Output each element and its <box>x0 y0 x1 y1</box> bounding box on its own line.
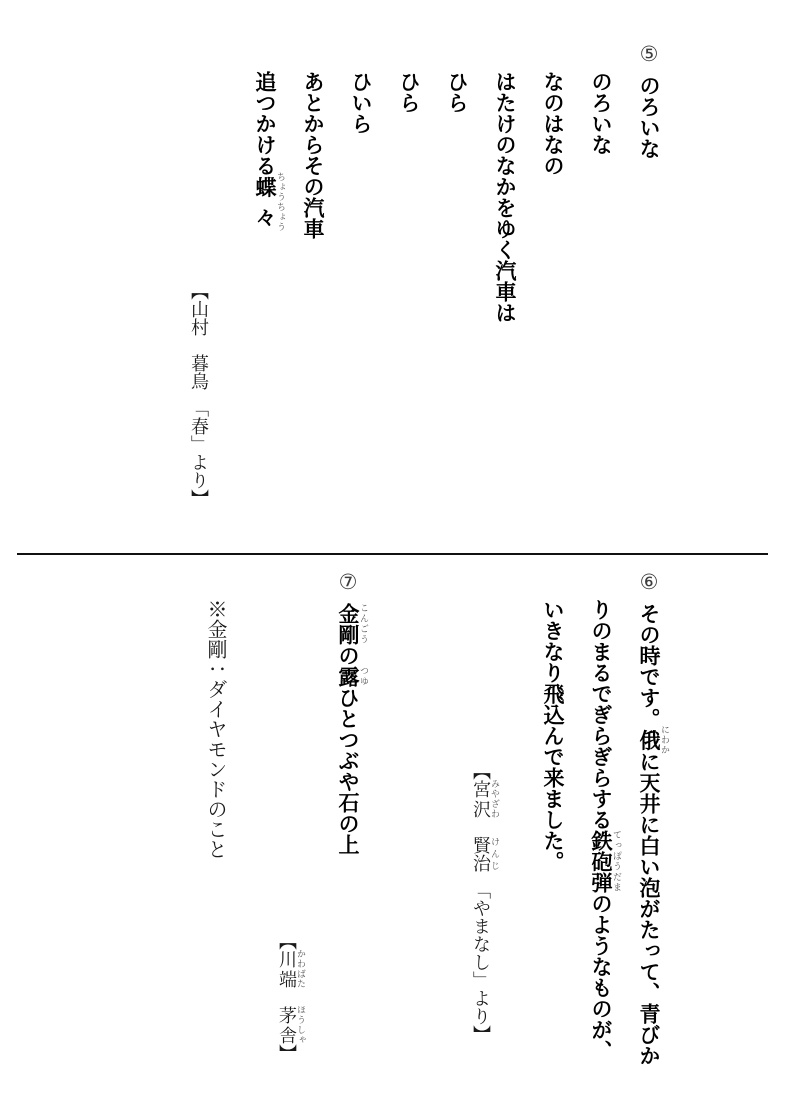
poem-7-footnote: ※金剛：ダイヤモンドのこと <box>191 570 239 1105</box>
poem-5-line-1-text: のろいな <box>637 75 661 159</box>
circled-number-7: ⑦ <box>336 570 360 603</box>
poem-6-line-1: ⑥その時です。俄にわかに天井に白い泡がたって、青びか <box>625 570 673 1105</box>
poem-7-line-1: ⑦金剛こんごうの露つゆひとつぶや石の上 <box>324 570 372 1105</box>
circled-number-6: ⑥ <box>637 570 661 603</box>
poem-6-line-2: りのまるでぎらぎらする鉄砲弾てっぽうだまのようなものが、 <box>577 570 625 1105</box>
poem-5-line-6: ひら <box>385 42 433 582</box>
poem-5-line-9: 追つかける蝶々ちょうちょう <box>241 42 289 582</box>
poem-section-7: ⑦金剛こんごうの露つゆひとつぶや石の上 【川端かわばた 茅舎ほうしゃ】 ※金剛：… <box>191 570 372 1105</box>
poem-5-line-3: なのはなの <box>529 42 577 582</box>
poem-5-line-7: ひいら <box>337 42 385 582</box>
poem-7-line-1-text: 金剛こんごうの露つゆひとつぶや石の上 <box>336 603 360 855</box>
poem-6-line-3: いきなり飛込んで来ました。 <box>529 570 577 1105</box>
poem-5-line-4: はたけのなかをゆく汽車は <box>481 42 529 582</box>
poem-5-line-1: ⑤のろいな <box>625 42 673 582</box>
poem-5-line-8: あとからその汽車 <box>289 42 337 582</box>
poem-6-attribution: 【宮沢みやざわ 賢治けんじ 「やまなし」より】 <box>457 570 505 1105</box>
worksheet-page: ⑤のろいな のろいな なのはなの はたけのなかをゆく汽車は ひら ひら ひいら … <box>0 0 785 1114</box>
section-divider-line <box>17 553 768 555</box>
poem-6-line-1-text: その時です。俄にわかに天井に白い泡がたって、青びか <box>637 603 661 1066</box>
poem-5-attribution: 【山村 暮鳥 「春」より】 <box>175 42 223 582</box>
poem-section-6: ⑥その時です。俄にわかに天井に白い泡がたって、青びか りのまるでぎらぎらする鉄砲… <box>457 570 673 1105</box>
poem-5-line-2: のろいな <box>577 42 625 582</box>
poem-7-attribution: 【川端かわばた 茅舎ほうしゃ】 <box>263 570 311 1105</box>
circled-number-5: ⑤ <box>637 42 661 75</box>
poem-section-5: ⑤のろいな のろいな なのはなの はたけのなかをゆく汽車は ひら ひら ひいら … <box>175 42 673 582</box>
poem-5-line-5: ひら <box>433 42 481 582</box>
